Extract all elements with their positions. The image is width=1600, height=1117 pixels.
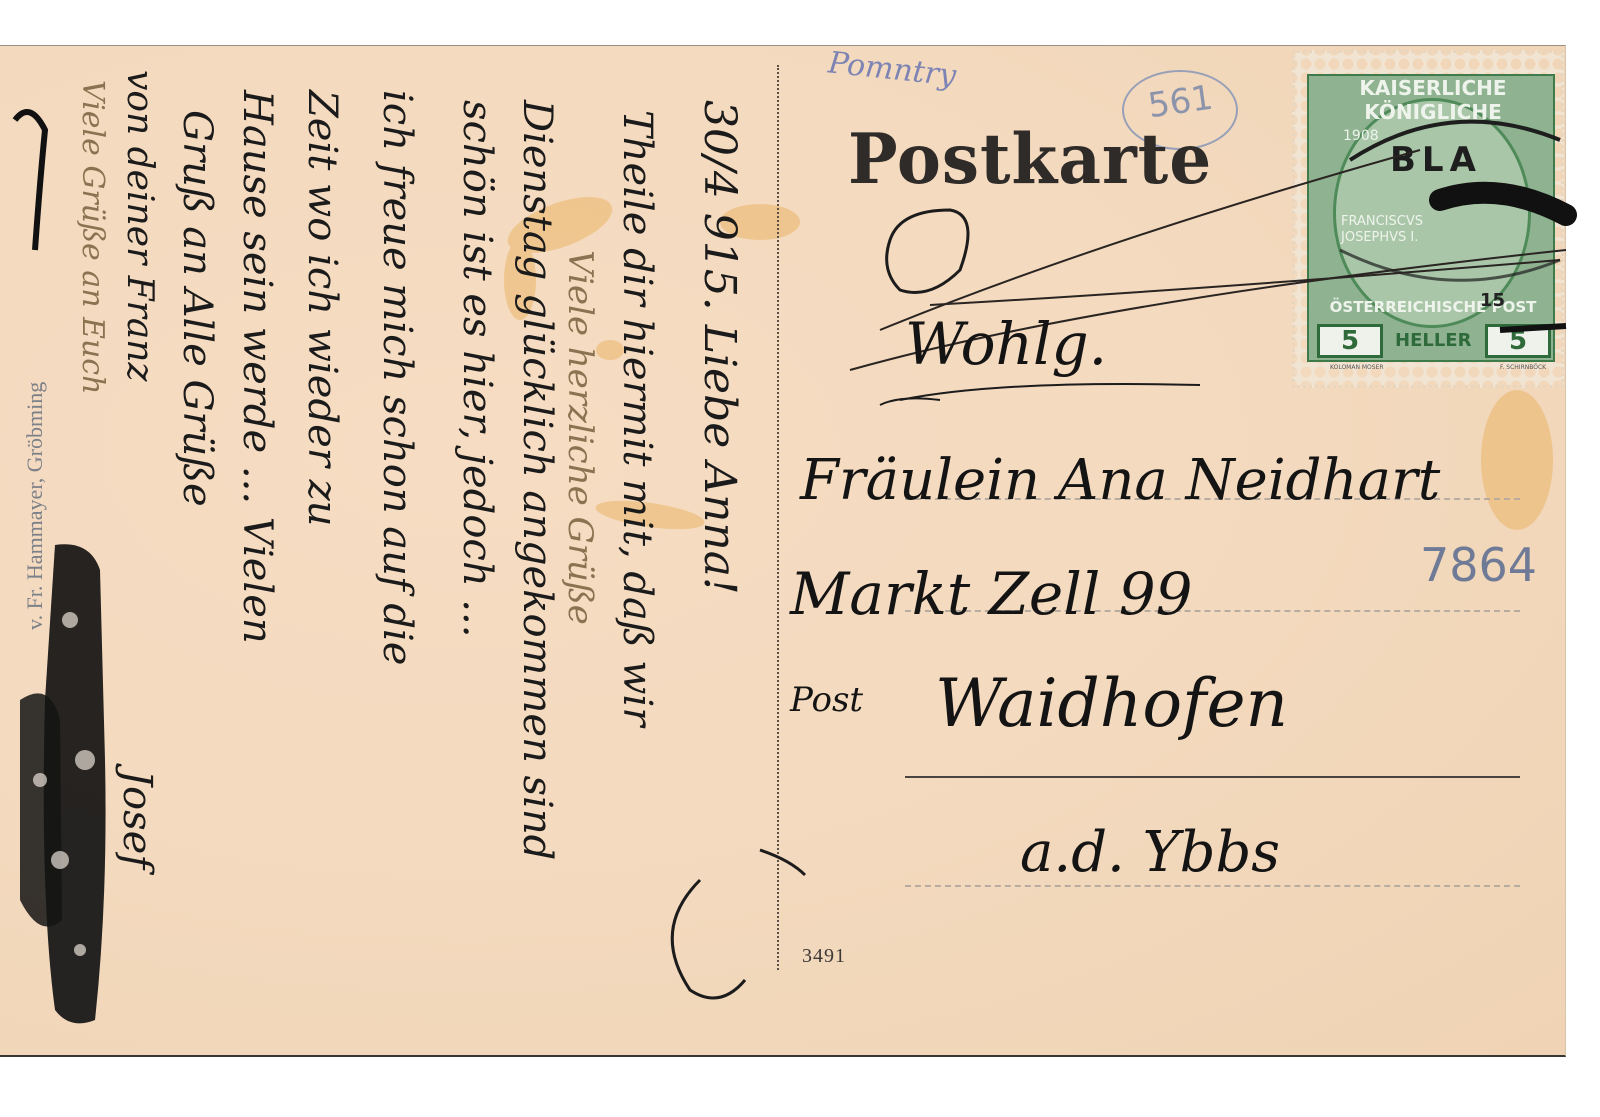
message-signature: Josef	[114, 770, 160, 869]
address-street: Markt Zell 99	[790, 560, 1193, 628]
message-line: Viele herzliche Grüße	[560, 250, 600, 625]
message-line: Hause sein werde ... Vielen	[234, 90, 280, 644]
address-post-label: Post	[790, 680, 863, 720]
address-salutation: Wohlg.	[905, 310, 1107, 378]
address-town: Waidhofen	[935, 665, 1288, 742]
message-line: von deiner Franz	[119, 70, 160, 381]
margin-note: Viele Grüße an Euch	[75, 80, 110, 394]
message-line: Dienstag glücklich angekommen sind	[514, 100, 560, 860]
message-line: Gruß an Alle Grüße	[174, 110, 220, 507]
message-line: Theile dir hiermit mit, daß wir	[614, 110, 660, 726]
address-recipient: Fräulein Ana Neidhart	[800, 448, 1440, 513]
message-greeting: Liebe Anna!	[694, 325, 745, 595]
message-line: schön ist es hier, jedoch ...	[454, 100, 500, 637]
message-line: Zeit wo ich wieder zu	[299, 90, 345, 526]
address-river: a.d. Ybbs	[1020, 820, 1280, 885]
message-date: 30/4 915.	[694, 100, 745, 311]
message-line: ich freue mich schon auf die	[374, 90, 420, 665]
message-date-greeting: 30/4 915. Liebe Anna!	[694, 100, 745, 595]
